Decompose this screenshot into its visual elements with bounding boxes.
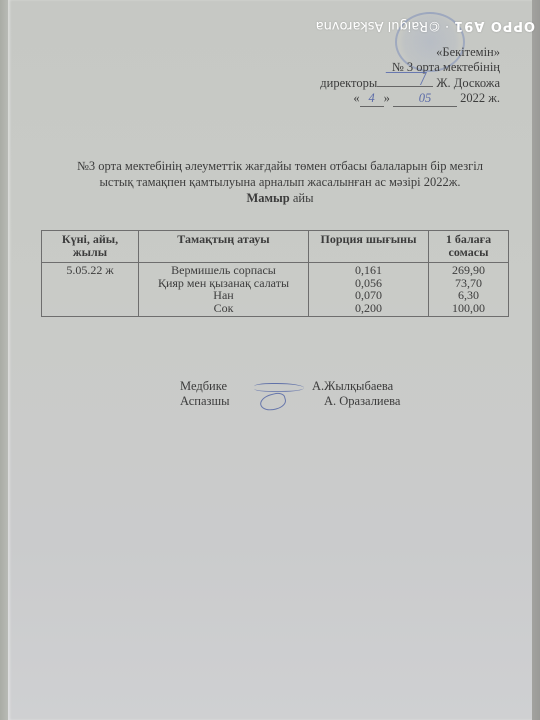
table-row: 5.05.22 ж Вермишель сорпасы Қияр мен қыз… bbox=[42, 263, 509, 317]
portion-value: 0,161 bbox=[313, 264, 424, 277]
header-portion: Порция шығыны bbox=[309, 231, 429, 263]
camera-watermark: OPPO A91 · ©Raigul Askarovna bbox=[295, 13, 535, 39]
signature-role: Медбике bbox=[180, 379, 250, 394]
title-line-2: ыстық тамақпен қамтылуына арналып жасалы… bbox=[60, 174, 500, 190]
cost-value: 6,30 bbox=[433, 289, 504, 302]
director-label: директоры bbox=[320, 76, 377, 90]
director-line: директоры Ж. Доскожа bbox=[320, 75, 500, 91]
title-line-1: №3 орта мектебінің әлеуметтік жағдайы тө… bbox=[60, 158, 500, 174]
dish-name: Нан bbox=[143, 289, 304, 302]
portion-value: 0,070 bbox=[313, 289, 424, 302]
month-suffix: айы bbox=[293, 191, 314, 205]
cost-value: 100,00 bbox=[433, 302, 504, 315]
date-day: 4 bbox=[360, 91, 384, 107]
photo-background-left bbox=[0, 0, 8, 720]
watermark-separator: · bbox=[445, 19, 449, 34]
approved-label: «Бекітемін» bbox=[320, 45, 500, 60]
handwritten-signature bbox=[250, 395, 308, 408]
director-signature bbox=[377, 75, 433, 87]
signature-role: Аспазшы bbox=[180, 394, 250, 409]
dish-name: Сок bbox=[143, 302, 304, 315]
menu-table: Күні, айы, жылы Тамақтың атауы Порция шы… bbox=[41, 230, 509, 317]
date-month: 05 bbox=[393, 91, 457, 107]
cell-dishes: Вермишель сорпасы Қияр мен қызанақ салат… bbox=[139, 263, 309, 317]
signature-row-nurse: Медбике А.Жылқыбаева bbox=[180, 379, 400, 394]
month-name: Мамыр bbox=[246, 191, 289, 205]
header-date: Күні, айы, жылы bbox=[42, 231, 139, 263]
table-header-row: Күні, айы, жылы Тамақтың атауы Порция шы… bbox=[42, 231, 509, 263]
watermark-device: OPPO A91 bbox=[453, 19, 535, 34]
cell-date: 5.05.22 ж bbox=[42, 263, 139, 317]
document-page bbox=[8, 0, 532, 720]
header-dish: Тамақтың атауы bbox=[139, 231, 309, 263]
approval-date: «4» 05 2022 ж. bbox=[320, 91, 500, 107]
director-name: Ж. Доскожа bbox=[436, 76, 500, 90]
portion-value: 0,200 bbox=[313, 302, 424, 315]
handwritten-signature bbox=[250, 380, 308, 393]
document-title: №3 орта мектебінің әлеуметтік жағдайы тө… bbox=[60, 158, 500, 206]
signature-row-cook: Аспазшы А. Оразалиева bbox=[180, 394, 400, 409]
signature-name: А. Оразалиева bbox=[308, 394, 400, 409]
cost-value: 269,90 bbox=[433, 264, 504, 277]
header-cost: 1 балаға сомасы bbox=[429, 231, 509, 263]
date-year: 2022 ж. bbox=[460, 91, 500, 105]
title-month: Мамыр айы bbox=[60, 190, 500, 206]
watermark-copyright: ©Raigul Askarovna bbox=[316, 19, 441, 34]
cell-portions: 0,161 0,056 0,070 0,200 bbox=[309, 263, 429, 317]
date-close-quote: » bbox=[384, 91, 390, 105]
approval-block: «Бекітемін» № 3 орта мектебінің директор… bbox=[320, 45, 500, 107]
signature-name: А.Жылқыбаева bbox=[308, 379, 393, 394]
signatures-block: Медбике А.Жылқыбаева Аспазшы А. Оразалие… bbox=[180, 379, 400, 409]
cell-costs: 269,90 73,70 6,30 100,00 bbox=[429, 263, 509, 317]
dish-name: Вермишель сорпасы bbox=[143, 264, 304, 277]
photo-background-right bbox=[532, 0, 540, 720]
